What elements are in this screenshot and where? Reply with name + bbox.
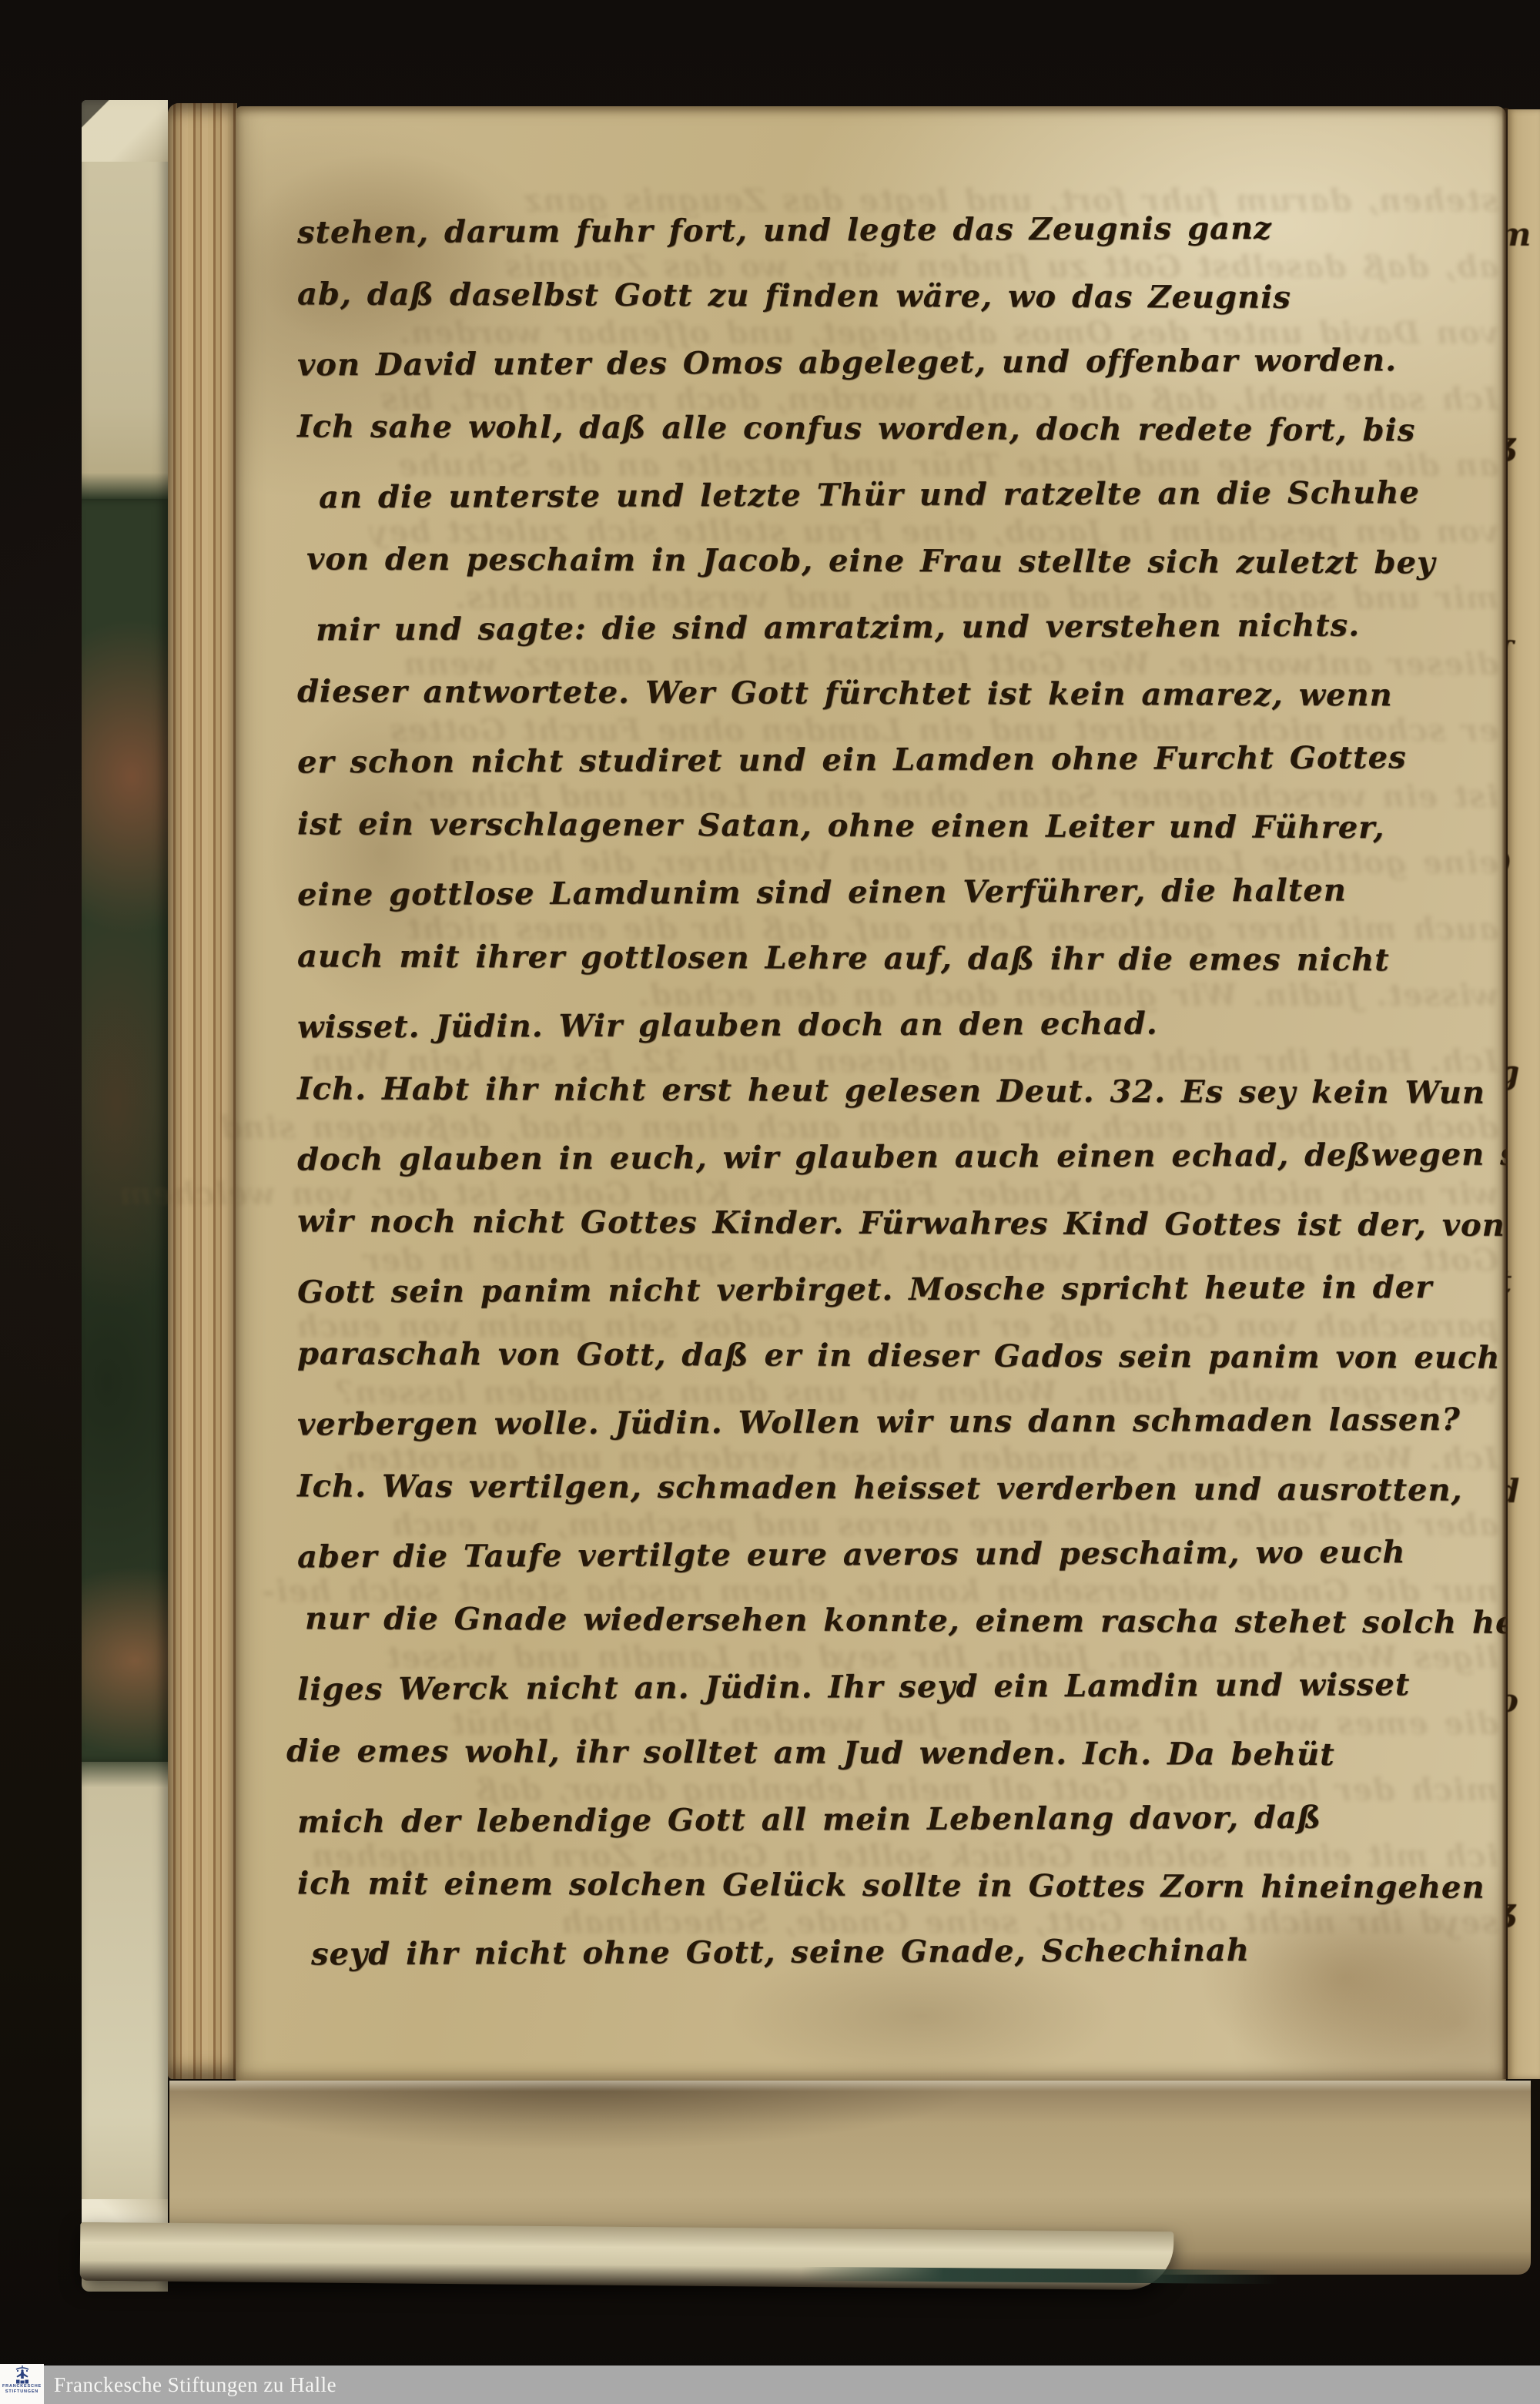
handwritten-line: er schon nicht studiret und ein Lamden o… [297, 725, 1497, 796]
handwritten-line: an die unterste und letzte Thür und ratz… [319, 460, 1497, 531]
text-fragment: t [1508, 1249, 1531, 1315]
handwritten-line: die emes wohl, ihr solltet am Jud wenden… [286, 1718, 1497, 1788]
marbled-cover-paper [82, 499, 168, 1762]
handwritten-line: eine gottlose Lamdunim sind einen Verfüh… [297, 857, 1497, 929]
text-fragment: ʒ [1508, 1877, 1531, 1944]
logo-text-line2: STIFTUNGEN [5, 2389, 38, 2395]
eagle-under-canopy-icon [14, 2365, 31, 2384]
text-fragment: ſ [1508, 621, 1531, 687]
handwritten-line: ist ein verschlagener Satan, ohne einen … [297, 791, 1497, 861]
handwritten-line: mich der lebendige Gott all mein Lebenla… [297, 1784, 1497, 1856]
text-fragment: ʒ [1508, 411, 1531, 477]
institution-name: Franckesche Stiftungen zu Halle [54, 2365, 336, 2404]
handwritten-line: aber die Taufe vertilgte eure averos und… [297, 1519, 1497, 1591]
institution-logo: FRANCKESCHE STIFTUNGEN [0, 2364, 44, 2404]
handwritten-line: Gott sein panim nicht verbirget. Mosche … [297, 1254, 1497, 1326]
text-fragment: d [1508, 1458, 1531, 1525]
institution-banner: Franckesche Stiftungen zu Halle [0, 2365, 1540, 2404]
handwritten-line: seyd ihr nicht ohne Gott, seine Gnade, S… [311, 1917, 1497, 1988]
handwritten-line: von den peschaim in Jacob, eine Frau ste… [306, 526, 1497, 596]
handwritten-line: ab, daß daselbst Gott zu finden wäre, wo… [297, 261, 1497, 331]
handwritten-text-block: stehen, darum fuhr fort, und legte das Z… [297, 197, 1497, 1985]
handwritten-line: ich mit einem solchen Gelück sollte in G… [297, 1850, 1497, 1920]
text-fragment: o [1508, 1668, 1531, 1734]
handwritten-line: verbergen wolle. Jüdin. Wollen wir uns d… [297, 1387, 1497, 1458]
handwritten-line: nur die Gnade wiedersehen konnte, einem … [305, 1585, 1497, 1656]
handwritten-line: von David unter des Omos abgeleget, und … [297, 327, 1497, 399]
handwritten-line: wisset. Jüdin. Wir glauben doch an den e… [297, 989, 1497, 1061]
page-edge-stack [168, 103, 237, 2079]
handwritten-line: Ich sahe wohl, daß alle confus worden, d… [297, 393, 1497, 464]
handwritten-line: liges Werck nicht an. Jüdin. Ihr seyd ei… [297, 1652, 1497, 1723]
handwritten-line: auch mit ihrer gottlosen Lehre auf, daß … [297, 923, 1497, 993]
facing-page-text-fragments: mʒſ)gtdoʒ— [1508, 202, 1531, 2079]
text-fragment: ) [1508, 830, 1531, 896]
handwritten-line: Ich. Habt ihr nicht erst heut gelesen De… [297, 1056, 1497, 1126]
text-fragment: g [1508, 1040, 1531, 1106]
handwritten-line: doch glauben in euch, wir glauben auch e… [297, 1122, 1497, 1194]
facing-page-edge: mʒſ)gtdoʒ— [1508, 109, 1540, 2079]
manuscript-page: stehen, darum fuhr fort, und legte das Z… [236, 106, 1506, 2082]
text-fragment: m [1508, 202, 1531, 268]
logo-text-line1: FRANCKESCHE [2, 2384, 42, 2389]
handwritten-line: dieser antwortete. Wer Gott fürchtet ist… [297, 658, 1497, 728]
handwritten-line: stehen, darum fuhr fort, und legte das Z… [297, 195, 1497, 266]
handwritten-line: paraschah von Gott, daß er in dieser Gad… [297, 1321, 1497, 1391]
photo-background: stehen, darum fuhr fort, und legte das Z… [0, 0, 1540, 2404]
handwritten-line: wir noch nicht Gottes Kinder. Fürwahres … [297, 1188, 1497, 1258]
handwritten-line: mir und sagte: die sind amratzim, und ve… [316, 592, 1497, 664]
handwritten-line: Ich. Was vertilgen, schmaden heisset ver… [297, 1453, 1497, 1523]
